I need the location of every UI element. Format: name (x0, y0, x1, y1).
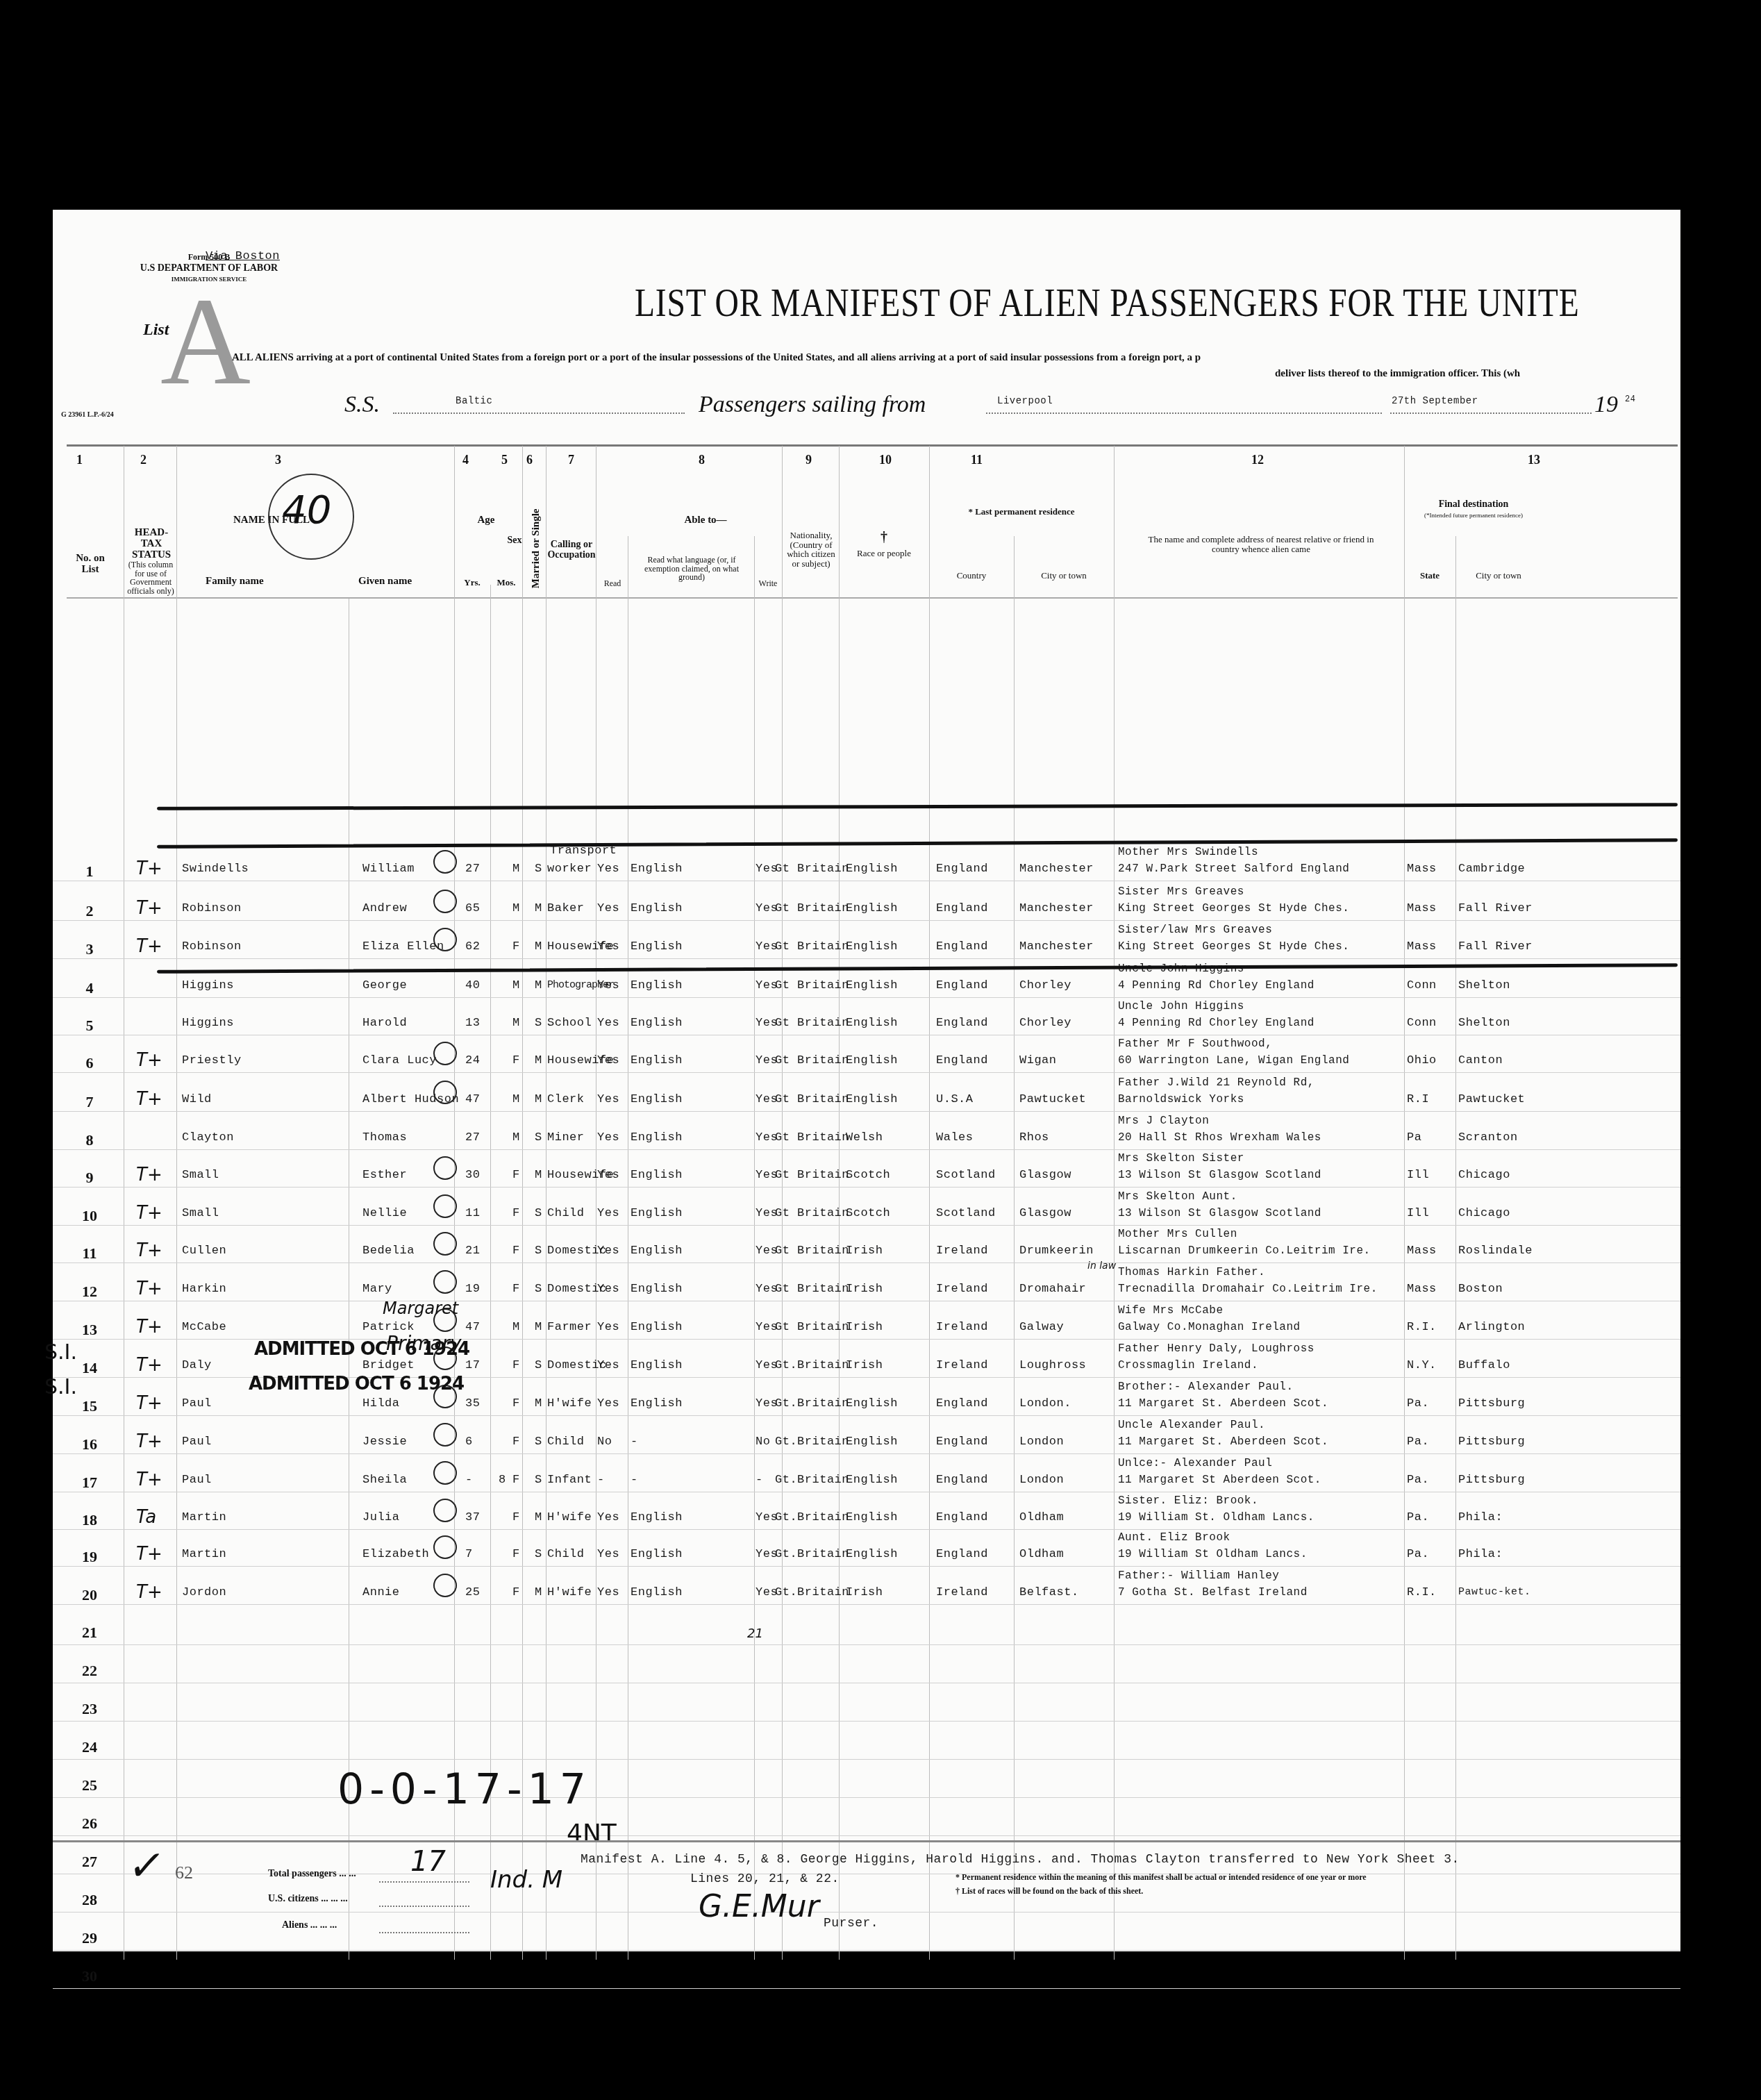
head-tax-mark: T+ (136, 1089, 162, 1110)
row-number: 24 (72, 1738, 107, 1756)
race: English (846, 940, 898, 953)
sex: F (512, 1586, 520, 1599)
relative-address: Barnoldswick Yorks (1118, 1093, 1244, 1106)
destination-state: N.Y. (1407, 1359, 1437, 1372)
header-race: Race or people (839, 549, 929, 558)
family-name: Harkin (182, 1283, 226, 1296)
sailing-from-label: Passengers sailing from (699, 392, 926, 418)
row-number: 29 (72, 1929, 107, 1947)
can-read: Yes (597, 1017, 619, 1030)
column-number-8: 8 (699, 453, 705, 467)
head-tax-mark: Ta (136, 1507, 156, 1528)
row-21-note: 21 (747, 1626, 763, 1641)
row-number: 13 (72, 1321, 107, 1339)
relative-name: Mother Mrs Swindells (1118, 846, 1258, 858)
nationality: Gt Britain (775, 862, 849, 876)
family-name: Robinson (182, 940, 242, 953)
row-rule (53, 1187, 1680, 1187)
read-language: English (631, 940, 683, 953)
nationality: Gt Britain (775, 1169, 849, 1182)
row-number: 11 (72, 1244, 107, 1262)
row-number: 18 (72, 1511, 107, 1529)
destination-city: Chicago (1458, 1169, 1510, 1182)
marital-status: M (535, 1169, 542, 1182)
read-language: English (631, 1511, 683, 1524)
transfer-note-line-2: Lines 20, 21, & 22. (690, 1872, 840, 1886)
family-name: Priestly (182, 1054, 242, 1067)
age-years: 25 (465, 1586, 480, 1599)
us-citizens-label: U.S. citizens ... ... ... (268, 1894, 348, 1905)
header-age-years: Yrs. (454, 578, 490, 587)
row-number: 8 (72, 1131, 107, 1149)
aliens-line (379, 1931, 469, 1933)
sex: F (512, 1474, 520, 1487)
inspection-circle-mark (433, 850, 457, 874)
destination-state: R.I. (1407, 1321, 1437, 1334)
residence-city: Belfast. (1019, 1586, 1079, 1599)
destination-state: Mass (1407, 862, 1437, 876)
nationality: Gt.Britain (775, 1435, 849, 1449)
race: English (846, 1017, 898, 1030)
residence-city: Glasgow (1019, 1207, 1071, 1220)
row-number: 21 (72, 1624, 107, 1642)
purser-label: Purser. (824, 1917, 878, 1931)
column-number-3: 3 (275, 453, 281, 467)
family-name: Paul (182, 1435, 212, 1449)
occupation: H'wife (547, 1397, 592, 1410)
head-tax-mark: T+ (136, 1050, 162, 1071)
sex: M (512, 1017, 520, 1030)
inspection-circle-mark (433, 1423, 457, 1447)
row-number: 1 (72, 862, 107, 881)
sex: F (512, 1207, 520, 1220)
occupation: Child (547, 1207, 585, 1220)
column-number-4: 4 (462, 453, 469, 467)
inspection-circle-mark (433, 928, 457, 951)
given-name: Julia (362, 1511, 400, 1524)
nationality: Gt Britain (775, 979, 849, 992)
given-name: Mary (362, 1283, 392, 1296)
head-tax-mark: T+ (136, 1355, 162, 1376)
given-name: Elizabeth (362, 1548, 429, 1561)
given-name: Bedelia (362, 1244, 415, 1258)
age-years: 19 (465, 1283, 480, 1296)
column-number-1: 1 (76, 453, 83, 467)
header-read: Read (597, 579, 628, 588)
residence-city: Oldham (1019, 1511, 1064, 1524)
residence-city: Glasgow (1019, 1169, 1071, 1182)
header-final-destination-note: (*Intended future permanent residence) (1404, 512, 1543, 519)
family-name: Higgins (182, 979, 234, 992)
destination-city: Phila: (1458, 1548, 1503, 1561)
can-read: Yes (597, 1283, 619, 1296)
destination-state: Ohio (1407, 1054, 1437, 1067)
inspection-circle-mark (433, 1270, 457, 1294)
date-line (1390, 411, 1592, 414)
total-line (379, 1880, 469, 1883)
family-name: Small (182, 1169, 219, 1182)
check-count: 62 (175, 1862, 193, 1883)
residence-country: Scotland (936, 1169, 996, 1182)
race: English (846, 979, 898, 992)
total-passengers-value: 17 (410, 1846, 446, 1878)
marital-status: M (535, 979, 542, 992)
age-years: 7 (465, 1548, 473, 1561)
row-rule (53, 1950, 1680, 1951)
row-rule (53, 1912, 1680, 1912)
row-rule (53, 920, 1680, 921)
given-name: Esther (362, 1169, 407, 1182)
residence-city: Pawtucket (1019, 1093, 1086, 1106)
destination-state: Pa. (1407, 1511, 1429, 1524)
marital-status: S (535, 862, 542, 876)
header-head-tax-note: (This column for use of Government offic… (126, 560, 175, 595)
family-name: Small (182, 1207, 219, 1220)
relative-name: Father J.Wild 21 Reynold Rd, (1118, 1076, 1315, 1089)
given-name: Andrew (362, 902, 407, 915)
relative-name: Father Henry Daly, Loughross (1118, 1342, 1315, 1355)
header-age-months: Mos. (490, 578, 522, 587)
marital-status: S (535, 1548, 542, 1561)
row-number: 30 (72, 1967, 107, 1985)
margin-note-row-18: S.I. (44, 1340, 77, 1365)
destination-state: Mass (1407, 902, 1437, 915)
can-read: Yes (597, 1054, 619, 1067)
row-number: 14 (72, 1359, 107, 1377)
marital-status: S (535, 1435, 542, 1449)
residence-city: London (1019, 1435, 1064, 1449)
inspection-circle-mark (433, 1232, 457, 1256)
head-tax-mark: T+ (136, 1544, 162, 1565)
destination-city: Pawtuc-ket. (1458, 1586, 1531, 1598)
in-law-note: in law (1087, 1260, 1116, 1272)
residence-city: Drumkeerin (1019, 1244, 1094, 1258)
head-tax-mark: T+ (136, 858, 162, 879)
can-read: Yes (597, 1548, 619, 1561)
destination-state: Pa. (1407, 1548, 1429, 1561)
sex: M (512, 1093, 520, 1106)
header-race-dagger: † (839, 531, 929, 545)
row-rule (53, 997, 1680, 998)
race: English (846, 862, 898, 876)
sex: M (512, 862, 520, 876)
sex: F (512, 1054, 520, 1067)
row-number: 16 (72, 1435, 107, 1453)
destination-state: Conn (1407, 979, 1437, 992)
row-rule (53, 1566, 1680, 1567)
footer-rule (53, 1840, 1680, 1842)
family-name: Swindells (182, 862, 249, 876)
column-number-12: 12 (1251, 453, 1264, 467)
head-tax-mark: T+ (136, 1278, 162, 1299)
relative-name: Mrs Skelton Sister (1118, 1152, 1244, 1165)
sex: F (512, 1169, 520, 1182)
occupation: worker (547, 862, 592, 876)
footnote-permanent-residence: * Permanent residence within the meaning… (955, 1872, 1367, 1883)
race: English (846, 1511, 898, 1524)
given-name: Annie (362, 1586, 400, 1599)
residence-country: U.S.A (936, 1093, 974, 1106)
age-months: 8 (499, 1474, 506, 1487)
circled-number: 40 (282, 487, 331, 533)
relative-name: Sister Mrs Greaves (1118, 885, 1244, 898)
residence-city: Chorley (1019, 979, 1071, 992)
marital-status: M (535, 1093, 542, 1106)
head-tax-mark: T+ (136, 1469, 162, 1490)
relative-name: Aunt. Eliz Brook (1118, 1531, 1230, 1544)
relative-address: 11 Margaret St. Aberdeen Scot. (1118, 1435, 1328, 1448)
read-language: English (631, 1244, 683, 1258)
row-rule (53, 958, 1680, 959)
residence-city: Manchester (1019, 902, 1094, 915)
relative-name: Sister. Eliz: Brook. (1118, 1494, 1258, 1507)
age-years: 35 (465, 1397, 480, 1410)
given-name: Jessie (362, 1435, 407, 1449)
nationality: Gt Britain (775, 1093, 849, 1106)
read-language: English (631, 862, 683, 876)
age-years: 21 (465, 1244, 480, 1258)
row-rule (53, 1072, 1680, 1073)
head-tax-mark: T+ (136, 1582, 162, 1603)
residence-country: England (936, 1435, 988, 1449)
given-name: Hilda (362, 1397, 400, 1410)
header-read-language: Read what language (or, if exemption cla… (631, 556, 753, 582)
relative-address: King Street Georges St Hyde Ches. (1118, 940, 1349, 953)
read-language: English (631, 1207, 683, 1220)
age-years: 62 (465, 940, 480, 953)
inspection-circle-mark (433, 1461, 457, 1485)
relative-address: 247 W.Park Street Salford England (1118, 862, 1349, 875)
sex: F (512, 1548, 520, 1561)
marital-status: M (535, 1511, 542, 1524)
row-number: 28 (72, 1891, 107, 1909)
header-bottom-rule (67, 597, 1678, 599)
can-read: Yes (597, 979, 619, 992)
header-head-tax: HEAD-TAX STATUS (128, 528, 175, 560)
given-name: Harold (362, 1017, 407, 1030)
family-name: Wild (182, 1093, 212, 1106)
residence-country: England (936, 979, 988, 992)
row-number: 5 (72, 1017, 107, 1035)
destination-state: Conn (1407, 1017, 1437, 1030)
destination-city: Scranton (1458, 1131, 1518, 1144)
race: English (846, 902, 898, 915)
race: English (846, 1474, 898, 1487)
family-name: Martin (182, 1511, 226, 1524)
inspection-circle-mark (433, 1156, 457, 1180)
row-number: 9 (72, 1169, 107, 1187)
header-final-destination: Final destination (1404, 500, 1543, 510)
row-number: 23 (72, 1700, 107, 1718)
header-nationality: Nationality, (Country of which citizen o… (783, 531, 839, 569)
destination-city: Pittsburg (1458, 1435, 1525, 1449)
relative-address: 13 Wilson St Glasgow Scotland (1118, 1207, 1321, 1219)
destination-city: Chicago (1458, 1207, 1510, 1220)
residence-country: England (936, 862, 988, 876)
column-number-9: 9 (806, 453, 812, 467)
family-name: McCabe (182, 1321, 226, 1334)
occupation: Clerk (547, 1093, 585, 1106)
total-passengers-label: Total passengers ... ... (268, 1869, 356, 1880)
destination-city: Cambridge (1458, 862, 1525, 876)
row-rule (53, 1225, 1680, 1226)
row-number: 26 (72, 1815, 107, 1833)
column-number-7: 7 (568, 453, 574, 467)
read-language: English (631, 1131, 683, 1144)
destination-city: Canton (1458, 1054, 1503, 1067)
can-read: Yes (597, 1321, 619, 1334)
can-read: Yes (597, 1207, 619, 1220)
residence-country: Scotland (936, 1207, 996, 1220)
family-name: Robinson (182, 902, 242, 915)
year-prefix: 19 (1594, 392, 1618, 418)
footnote-races: † List of races will be found on the bac… (955, 1886, 1143, 1897)
residence-country: England (936, 902, 988, 915)
can-write: - (756, 1474, 763, 1487)
destination-city: Shelton (1458, 979, 1510, 992)
destination-state: Ill (1407, 1207, 1429, 1220)
residence-country: England (936, 1474, 988, 1487)
admitted-stamp-row-19: ADMITTED OCT 6 1924 (249, 1374, 464, 1394)
header-occupation: Calling or Occupation (547, 540, 596, 560)
can-read: Yes (597, 1397, 619, 1410)
strikethrough-row-8 (157, 963, 1678, 974)
destination-state: Pa (1407, 1131, 1421, 1144)
row-number: 7 (72, 1093, 107, 1111)
can-read: Yes (597, 1511, 619, 1524)
read-language: English (631, 1586, 683, 1599)
relative-name: Father Mr F Southwood, (1118, 1037, 1272, 1050)
residence-city: London (1019, 1474, 1064, 1487)
header-family-name: Family name (206, 576, 264, 587)
residence-city: Manchester (1019, 862, 1094, 876)
can-read: Yes (597, 940, 619, 953)
margin-note-row-19: S.I. (44, 1375, 77, 1399)
given-name: Clara Lucy (362, 1054, 437, 1067)
header-write: Write (754, 579, 782, 588)
read-language: English (631, 1397, 683, 1410)
residence-country: Ireland (936, 1321, 988, 1334)
family-name: Jordon (182, 1586, 226, 1599)
sex: M (512, 1321, 520, 1334)
row-rule (53, 1988, 1680, 1989)
nationality: Gt Britain (775, 902, 849, 915)
read-language: English (631, 1169, 683, 1182)
age-years: 13 (465, 1017, 480, 1030)
inspection-circle-mark (433, 1081, 457, 1104)
nationality: Gt.Britain (775, 1397, 849, 1410)
residence-city: Galway (1019, 1321, 1064, 1334)
destination-state: Mass (1407, 1283, 1437, 1296)
transfer-note-line-1: Manifest A. Line 4. 5, & 8. George Higgi… (581, 1853, 1460, 1867)
head-tax-mark: T+ (136, 1203, 162, 1224)
given-name: William (362, 862, 415, 876)
race: Welsh (846, 1131, 883, 1144)
head-tax-mark: T+ (136, 1431, 162, 1452)
marital-status: S (535, 1474, 542, 1487)
occupation: Child (547, 1548, 585, 1561)
can-read: - (597, 1474, 605, 1487)
destination-state: Ill (1407, 1169, 1429, 1182)
relative-address: 7 Gotha St. Belfast Ireland (1118, 1586, 1308, 1599)
marital-status: S (535, 1359, 542, 1372)
head-tax-mark: T+ (136, 1240, 162, 1261)
column-number-5: 5 (501, 453, 508, 467)
port-line (986, 411, 1382, 414)
age-years: 47 (465, 1321, 480, 1334)
can-write: No (756, 1435, 770, 1449)
family-name: Daly (182, 1359, 212, 1372)
given-name: Thomas (362, 1131, 407, 1144)
nationality: Gt.Britain (775, 1586, 849, 1599)
nationality: Gt Britain (775, 1244, 849, 1258)
relative-address: Trecnadilla Dromahair Co.Leitrim Ire. (1118, 1283, 1378, 1295)
age-years: 24 (465, 1054, 480, 1067)
row-rule (53, 881, 1680, 881)
destination-city: Roslindale (1458, 1244, 1533, 1258)
nationality: Gt.Britain (775, 1474, 849, 1487)
relative-name: Thomas Harkin Father. (1118, 1266, 1265, 1278)
can-read: Yes (597, 902, 619, 915)
inspection-circle-mark (433, 1194, 457, 1218)
race: English (846, 1435, 898, 1449)
relative-address: 60 Warrington Lane, Wigan England (1118, 1054, 1349, 1067)
destination-state: Mass (1407, 940, 1437, 953)
row-rule (53, 1111, 1680, 1112)
nationality: Gt Britain (775, 1131, 849, 1144)
row-rule (53, 1301, 1680, 1301)
residence-city: Loughross (1019, 1359, 1086, 1372)
inspection-circle-mark (433, 1042, 457, 1065)
age-years: 65 (465, 902, 480, 915)
read-language: - (631, 1435, 638, 1449)
family-name: Clayton (182, 1131, 234, 1144)
relative-name: Mother Mrs Cullen (1118, 1228, 1237, 1240)
relative-name: Father:- William Hanley (1118, 1569, 1279, 1582)
marital-status: S (535, 1207, 542, 1220)
residence-city: Oldham (1019, 1548, 1064, 1561)
race: Scotch (846, 1207, 890, 1220)
tally-sub: 4NT (567, 1819, 617, 1848)
age-years: 27 (465, 1131, 480, 1144)
can-read: Yes (597, 1244, 619, 1258)
nationality: Gt.Britain (775, 1359, 849, 1372)
header-last-residence: * Last permanent residence (929, 507, 1114, 517)
purser-signature: G.E.Mur (699, 1889, 819, 1924)
row-rule (53, 1683, 1680, 1683)
row-number: 25 (72, 1776, 107, 1794)
header-given-name: Given name (358, 576, 412, 587)
relative-address: King Street Georges St Hyde Ches. (1118, 902, 1349, 915)
age-years: - (465, 1474, 473, 1487)
relative-name: Unlce:- Alexander Paul (1118, 1457, 1272, 1469)
instruction-line-1: ALL ALIENS arriving at a port of contine… (232, 352, 1676, 364)
aliens-label: Aliens ... ... ... (282, 1921, 337, 1931)
row-rule (53, 1035, 1680, 1035)
nationality: Gt Britain (775, 940, 849, 953)
residence-country: England (936, 940, 988, 953)
residence-city: Chorley (1019, 1017, 1071, 1030)
margaret-note: Margaret (383, 1299, 458, 1318)
race: Irish (846, 1586, 883, 1599)
race: English (846, 1397, 898, 1410)
row-rule (53, 1149, 1680, 1150)
check-mark-icon: ✓ (125, 1842, 169, 1890)
family-name: Paul (182, 1474, 212, 1487)
occupation: Child (547, 1435, 585, 1449)
header-able-to: Able to— (664, 515, 747, 526)
tally-numbers: 0-0-17-17 (337, 1765, 592, 1814)
